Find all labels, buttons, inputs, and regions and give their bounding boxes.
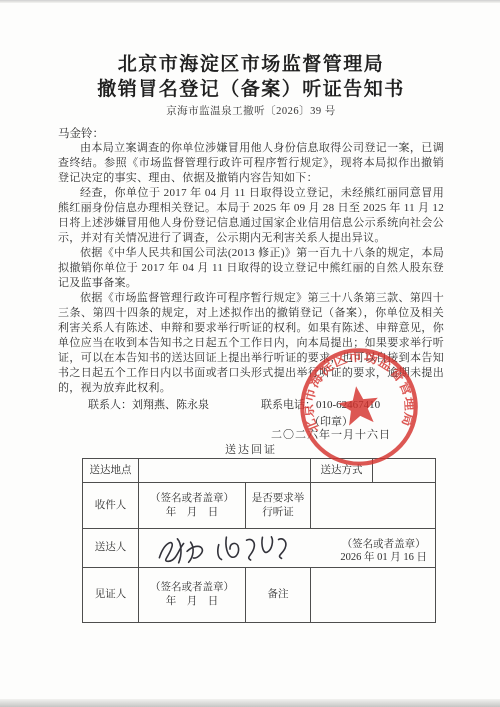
paragraph-rights: 依据《市场监督管理行政许可程序暂行规定》第三十八条第三款、第四十三条、第四十四条… [58,291,444,396]
remark-label: 备注 [246,568,311,622]
deliverer-sign-date: 2026 年 01 月 16 日 [340,551,427,564]
deliverer-label: 送达人 [83,529,139,568]
witness-label: 见证人 [83,568,139,622]
document-title: 北京市海淀区市场监督管理局 撤销冒名登记（备案）听证告知书 [58,52,444,102]
hearing-request-value [311,483,435,529]
receipt-row-place: 送达地点 送达方式 [83,459,435,483]
receipt-title: 送达回证 [58,444,444,456]
seal-note: （印章） [246,416,416,429]
receipt-row-recipient: 收件人 （签名或者盖章） 年 月 日 是否要求举行听证 [83,483,435,529]
delivery-receipt-table: 送达地点 送达方式 收件人 （签名或者盖章） 年 月 日 是否要求举行听证 送达… [82,458,436,623]
deliverer-handwritten-signature [151,530,311,568]
paragraph-findings: 经查，你单位于 2017 年 04 月 11 日取得设立登记，未经熊红丽同意冒用… [58,186,444,246]
recipient-label: 收件人 [83,483,139,529]
title-line-1: 北京市海淀区市场监督管理局 [58,52,444,77]
delivery-place-value [139,459,311,483]
contact-phone: 联系电话：010-62467410 [261,399,380,412]
delivery-method-label: 送达方式 [311,459,373,483]
recipient-sign-hint: （签名或者盖章） [150,492,234,506]
paragraph-intro: 由本局立案调查的你单位涉嫌冒用他人身份信息取得公司登记一案，已调查终结。参照《市… [58,141,444,186]
witness-sign-date-hint: 年 月 日 [166,595,219,609]
seal-block: （印章） 二〇二六年一月十六日 [246,416,416,442]
remark-value [311,568,435,622]
addressee: 马金铃： [58,127,444,141]
contact-phone-number: 010-62467410 [316,399,380,411]
deliverer-sign-cell: （签名或者盖章） 2026 年 01 月 16 日 [139,529,435,568]
paragraph-legal-basis: 依据《中华人民共和国公司法(2013 修正)》第一百九十八条的规定，本局拟撤销你… [58,246,444,291]
receipt-row-deliverer: 送达人 [83,529,435,568]
page-edge-bottom [0,699,500,707]
witness-sign-hint: （签名或者盖章） [150,581,234,595]
delivery-method-value [373,459,435,483]
deliverer-sign-hint: （签名或者盖章） [340,538,427,551]
document-content: 北京市海淀区市场监督管理局 撤销冒名登记（备案）听证告知书 京海市监温泉工撤听〔… [58,0,444,623]
recipient-sign-cell: （签名或者盖章） 年 月 日 [139,483,246,529]
recipient-sign-date-hint: 年 月 日 [166,506,219,520]
doc-number: 京海市监温泉工撤听〔2026〕39 号 [58,105,444,118]
contact-person: 联系人：刘翔燕、陈永泉 [88,399,209,412]
contact-person-label: 联系人： [88,399,132,411]
delivery-place-label: 送达地点 [83,459,139,483]
seal-date: 二〇二六年一月十六日 [246,429,416,442]
contact-line: 联系人：刘翔燕、陈永泉 联系电话：010-62467410 [58,399,444,412]
witness-sign-cell: （签名或者盖章） 年 月 日 [139,568,246,622]
receipt-row-witness: 见证人 （签名或者盖章） 年 月 日 备注 [83,568,435,622]
document-page: 北京市海淀区市场监督管理局 撤销冒名登记（备案）听证告知书 京海市监温泉工撤听〔… [0,0,500,707]
contact-person-names: 刘翔燕、陈永泉 [132,399,209,411]
contact-phone-label: 联系电话： [261,399,316,411]
deliverer-sign-hint-block: （签名或者盖章） 2026 年 01 月 16 日 [340,538,427,564]
title-line-2: 撤销冒名登记（备案）听证告知书 [58,77,444,102]
hearing-request-label: 是否要求举行听证 [246,483,311,529]
